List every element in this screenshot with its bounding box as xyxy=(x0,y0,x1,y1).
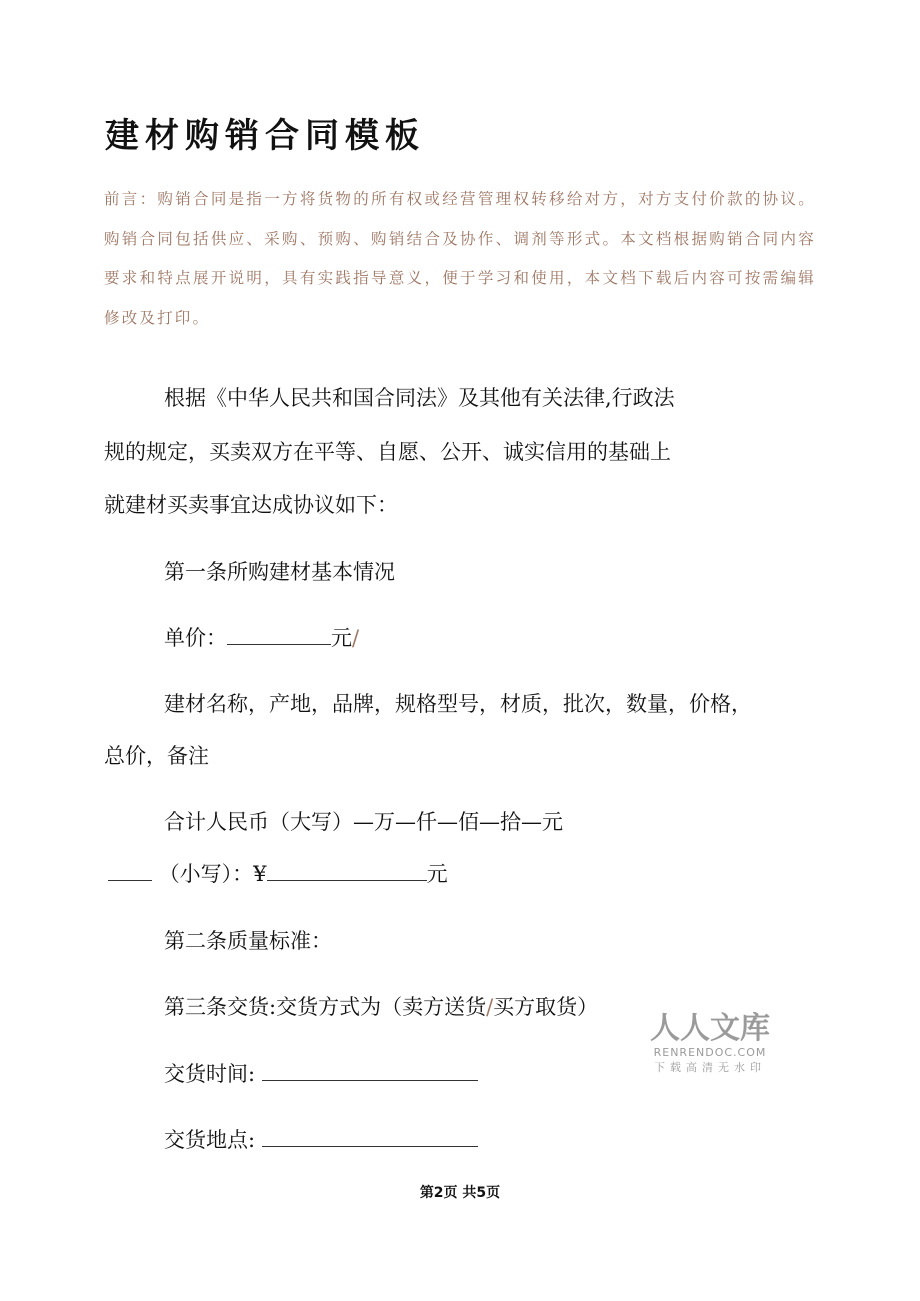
delivery-place-blank[interactable] xyxy=(262,1145,478,1147)
total-amount-upper: 合计人民币（大写）—万—仟—佰—拾—元 xyxy=(164,806,563,836)
article-1-fields-line-1: 建材名称，产地，品牌，规格型号，材质，批次，数量，价格， xyxy=(164,688,752,718)
total-lower-amount-blank[interactable] xyxy=(267,879,427,881)
intro-line-2: 规的规定，买卖双方在平等、自愿、公开、诚实信用的基础上 xyxy=(104,436,671,466)
article-3-heading: 第三条交货:交货方式为（卖方送货/买方取货） xyxy=(164,991,598,1021)
document-title: 建材购销合同模板 xyxy=(105,108,425,157)
watermark-url: RENRENDOC.COM xyxy=(646,1046,774,1060)
unit-price-slash: / xyxy=(352,626,359,650)
article-1-heading: 第一条所购建材基本情况 xyxy=(164,556,395,586)
delivery-place-label: 交货地点: xyxy=(164,1128,255,1152)
article-3-heading-suffix: 买方取货） xyxy=(493,995,598,1019)
preface-paragraph: 前言：购销合同是指一方将货物的所有权或经营管理权转移给对方，对方支付价款的协议。… xyxy=(104,180,816,338)
intro-line-1: 根据《中华人民共和国合同法》及其他有关法律,行政法 xyxy=(164,382,675,412)
total-lower-suffix: 元 xyxy=(427,862,448,886)
watermark-logo: 人人文库 RENRENDOC.COM 下载高清无水印 xyxy=(646,1012,774,1076)
page-indicator: 第2页 共5页 xyxy=(0,1182,920,1202)
delivery-time-label: 交货时间: xyxy=(164,1062,255,1086)
unit-price-blank[interactable] xyxy=(227,643,331,645)
watermark-brand: 人人文库 xyxy=(646,1012,774,1046)
unit-price-suffix: 元 xyxy=(331,626,352,650)
total-amount-lower-row: （小写）：¥元 xyxy=(108,858,448,888)
unit-price-row: 单价：元/ xyxy=(164,622,359,652)
delivery-time-row: 交货时间: xyxy=(164,1058,478,1088)
article-1-fields-line-2: 总价，备注 xyxy=(104,740,209,770)
intro-line-3: 就建材买卖事宜达成协议如下： xyxy=(104,489,398,519)
delivery-place-row: 交货地点: xyxy=(164,1124,478,1154)
total-lower-prefix-blank[interactable] xyxy=(108,879,152,881)
article-2-heading: 第二条质量标准： xyxy=(164,925,332,955)
document-page: 建材购销合同模板 前言：购销合同是指一方将货物的所有权或经营管理权转移给对方，对… xyxy=(0,0,920,1301)
article-3-heading-prefix: 第三条交货:交货方式为（卖方送货 xyxy=(164,995,486,1019)
watermark-tagline: 下载高清无水印 xyxy=(646,1060,774,1076)
unit-price-label: 单价： xyxy=(164,626,227,650)
total-lower-label: （小写）：¥ xyxy=(159,862,267,886)
delivery-time-blank[interactable] xyxy=(262,1079,478,1081)
